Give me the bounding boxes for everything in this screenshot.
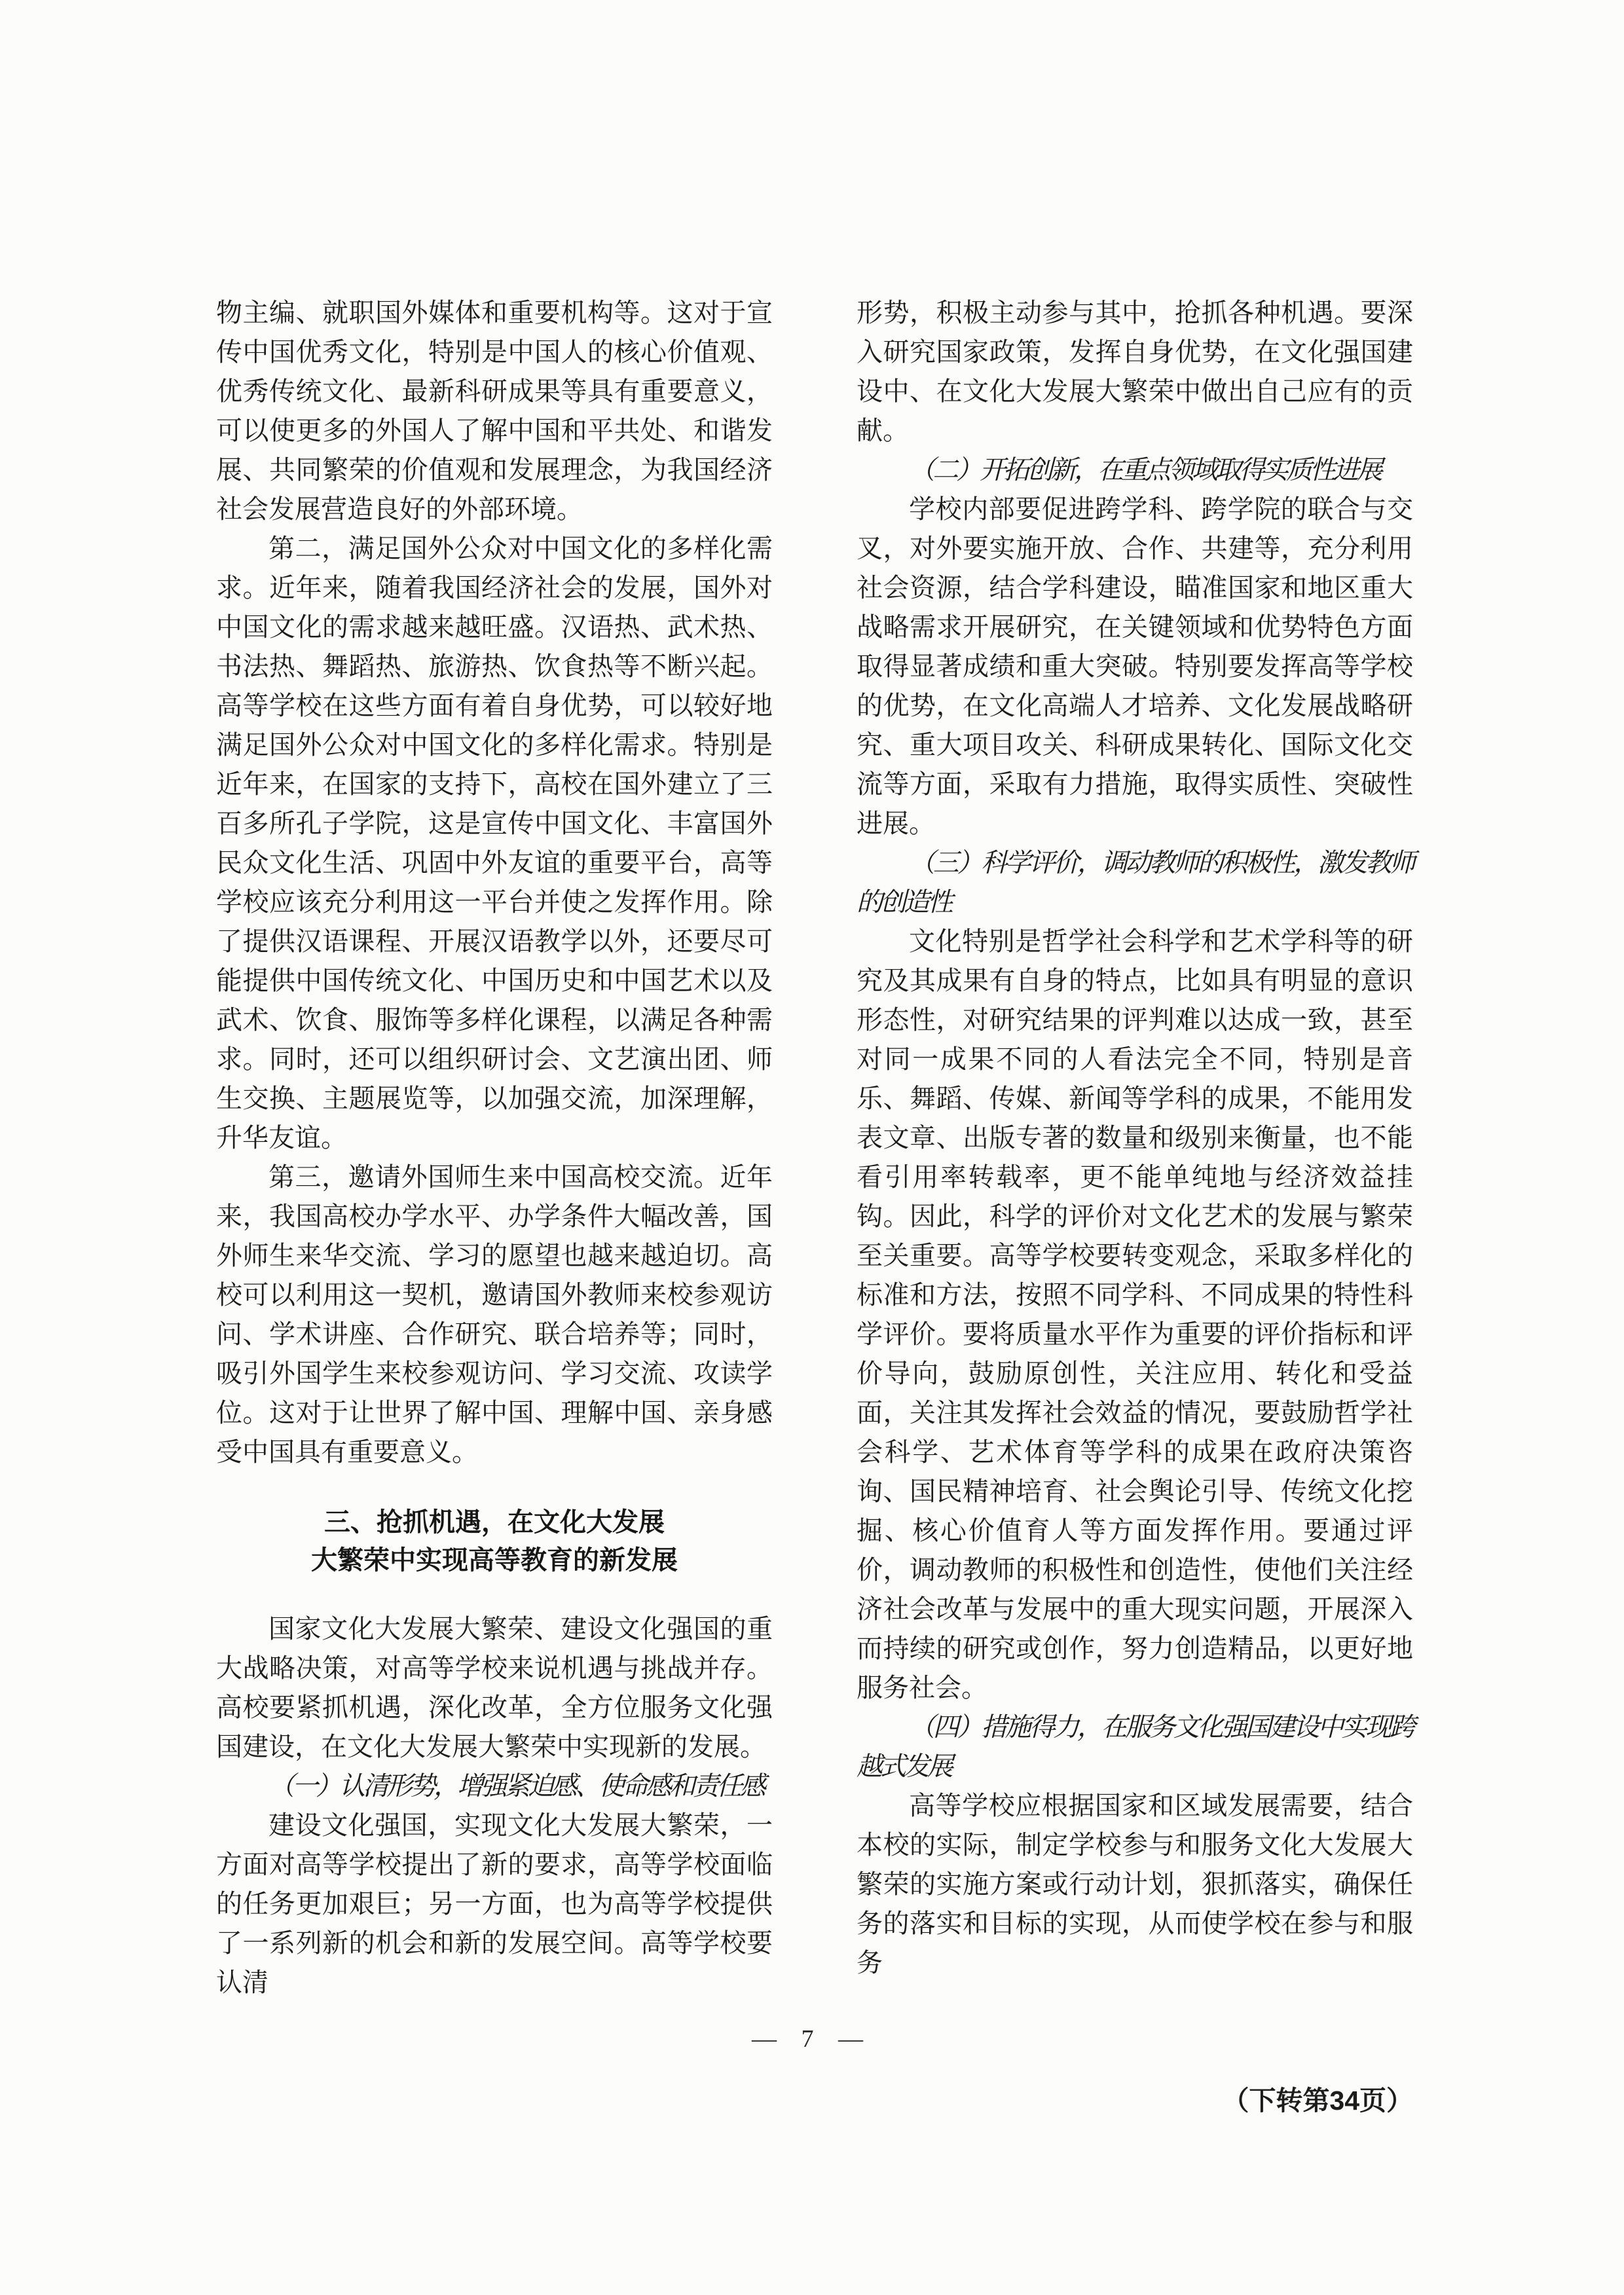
paragraph: 文化特别是哲学社会科学和艺术学科等的研究及其成果有自身的特点，比如具有明显的意识…: [857, 922, 1413, 1708]
subsection-heading: （二）开拓创新，在重点领域取得实质性进展: [857, 450, 1413, 490]
page-number: — 7 —: [0, 2025, 1624, 2053]
paragraph: 物主编、就职国外媒体和重要机构等。这对于宣传中国优秀文化，特别是中国人的核心价值…: [216, 293, 773, 529]
subsection-heading: （四）措施得力，在服务文化强国建设中实现跨越式发展: [857, 1708, 1413, 1786]
two-column-text-area: 物主编、就职国外媒体和重要机构等。这对于宣传中国优秀文化，特别是中国人的核心价值…: [216, 293, 1413, 2120]
section-heading-line1: 三、抢抓机遇，在文化大发展: [216, 1503, 773, 1541]
subsection-heading: （三）科学评价，调动教师的积极性，激发教师的创造性: [857, 843, 1413, 922]
paragraph: 建设文化强国，实现文化大发展大繁荣，一方面对高等学校提出了新的要求，高等学校面临…: [216, 1806, 773, 2002]
right-column: 形势，积极主动参与其中，抢抓各种机遇。要深入研究国家政策，发挥自身优势，在文化强…: [857, 293, 1413, 2120]
paragraph: 第二，满足国外公众对中国文化的多样化需求。近年来，随着我国经济社会的发展，国外对…: [216, 529, 773, 1158]
paragraph: 高等学校应根据国家和区域发展需要，结合本校的实际，制定学校参与和服务文化大发展大…: [857, 1786, 1413, 1983]
paragraph: 学校内部要促进跨学科、跨学院的联合与交叉，对外要实施开放、合作、共建等，充分利用…: [857, 490, 1413, 843]
paragraph: 第三，邀请外国师生来中国高校交流。近年来，我国高校办学水平、办学条件大幅改善，国…: [216, 1158, 773, 1472]
journal-page: 物主编、就职国外媒体和重要机构等。这对于宣传中国优秀文化，特别是中国人的核心价值…: [0, 0, 1624, 2295]
paragraph: 国家文化大发展大繁荣、建设文化强国的重大战略决策，对高等学校来说机遇与挑战并存。…: [216, 1609, 773, 1767]
continuation-note: （下转第34页）: [857, 2081, 1413, 2120]
paragraph: 形势，积极主动参与其中，抢抓各种机遇。要深入研究国家政策，发挥自身优势，在文化强…: [857, 293, 1413, 450]
section-heading: 三、抢抓机遇，在文化大发展 大繁荣中实现高等教育的新发展: [216, 1503, 773, 1579]
subsection-heading: （一）认清形势，增强紧迫感、使命感和责任感: [216, 1767, 773, 1806]
section-heading-line2: 大繁荣中实现高等教育的新发展: [216, 1541, 773, 1579]
left-column: 物主编、就职国外媒体和重要机构等。这对于宣传中国优秀文化，特别是中国人的核心价值…: [216, 293, 773, 2120]
